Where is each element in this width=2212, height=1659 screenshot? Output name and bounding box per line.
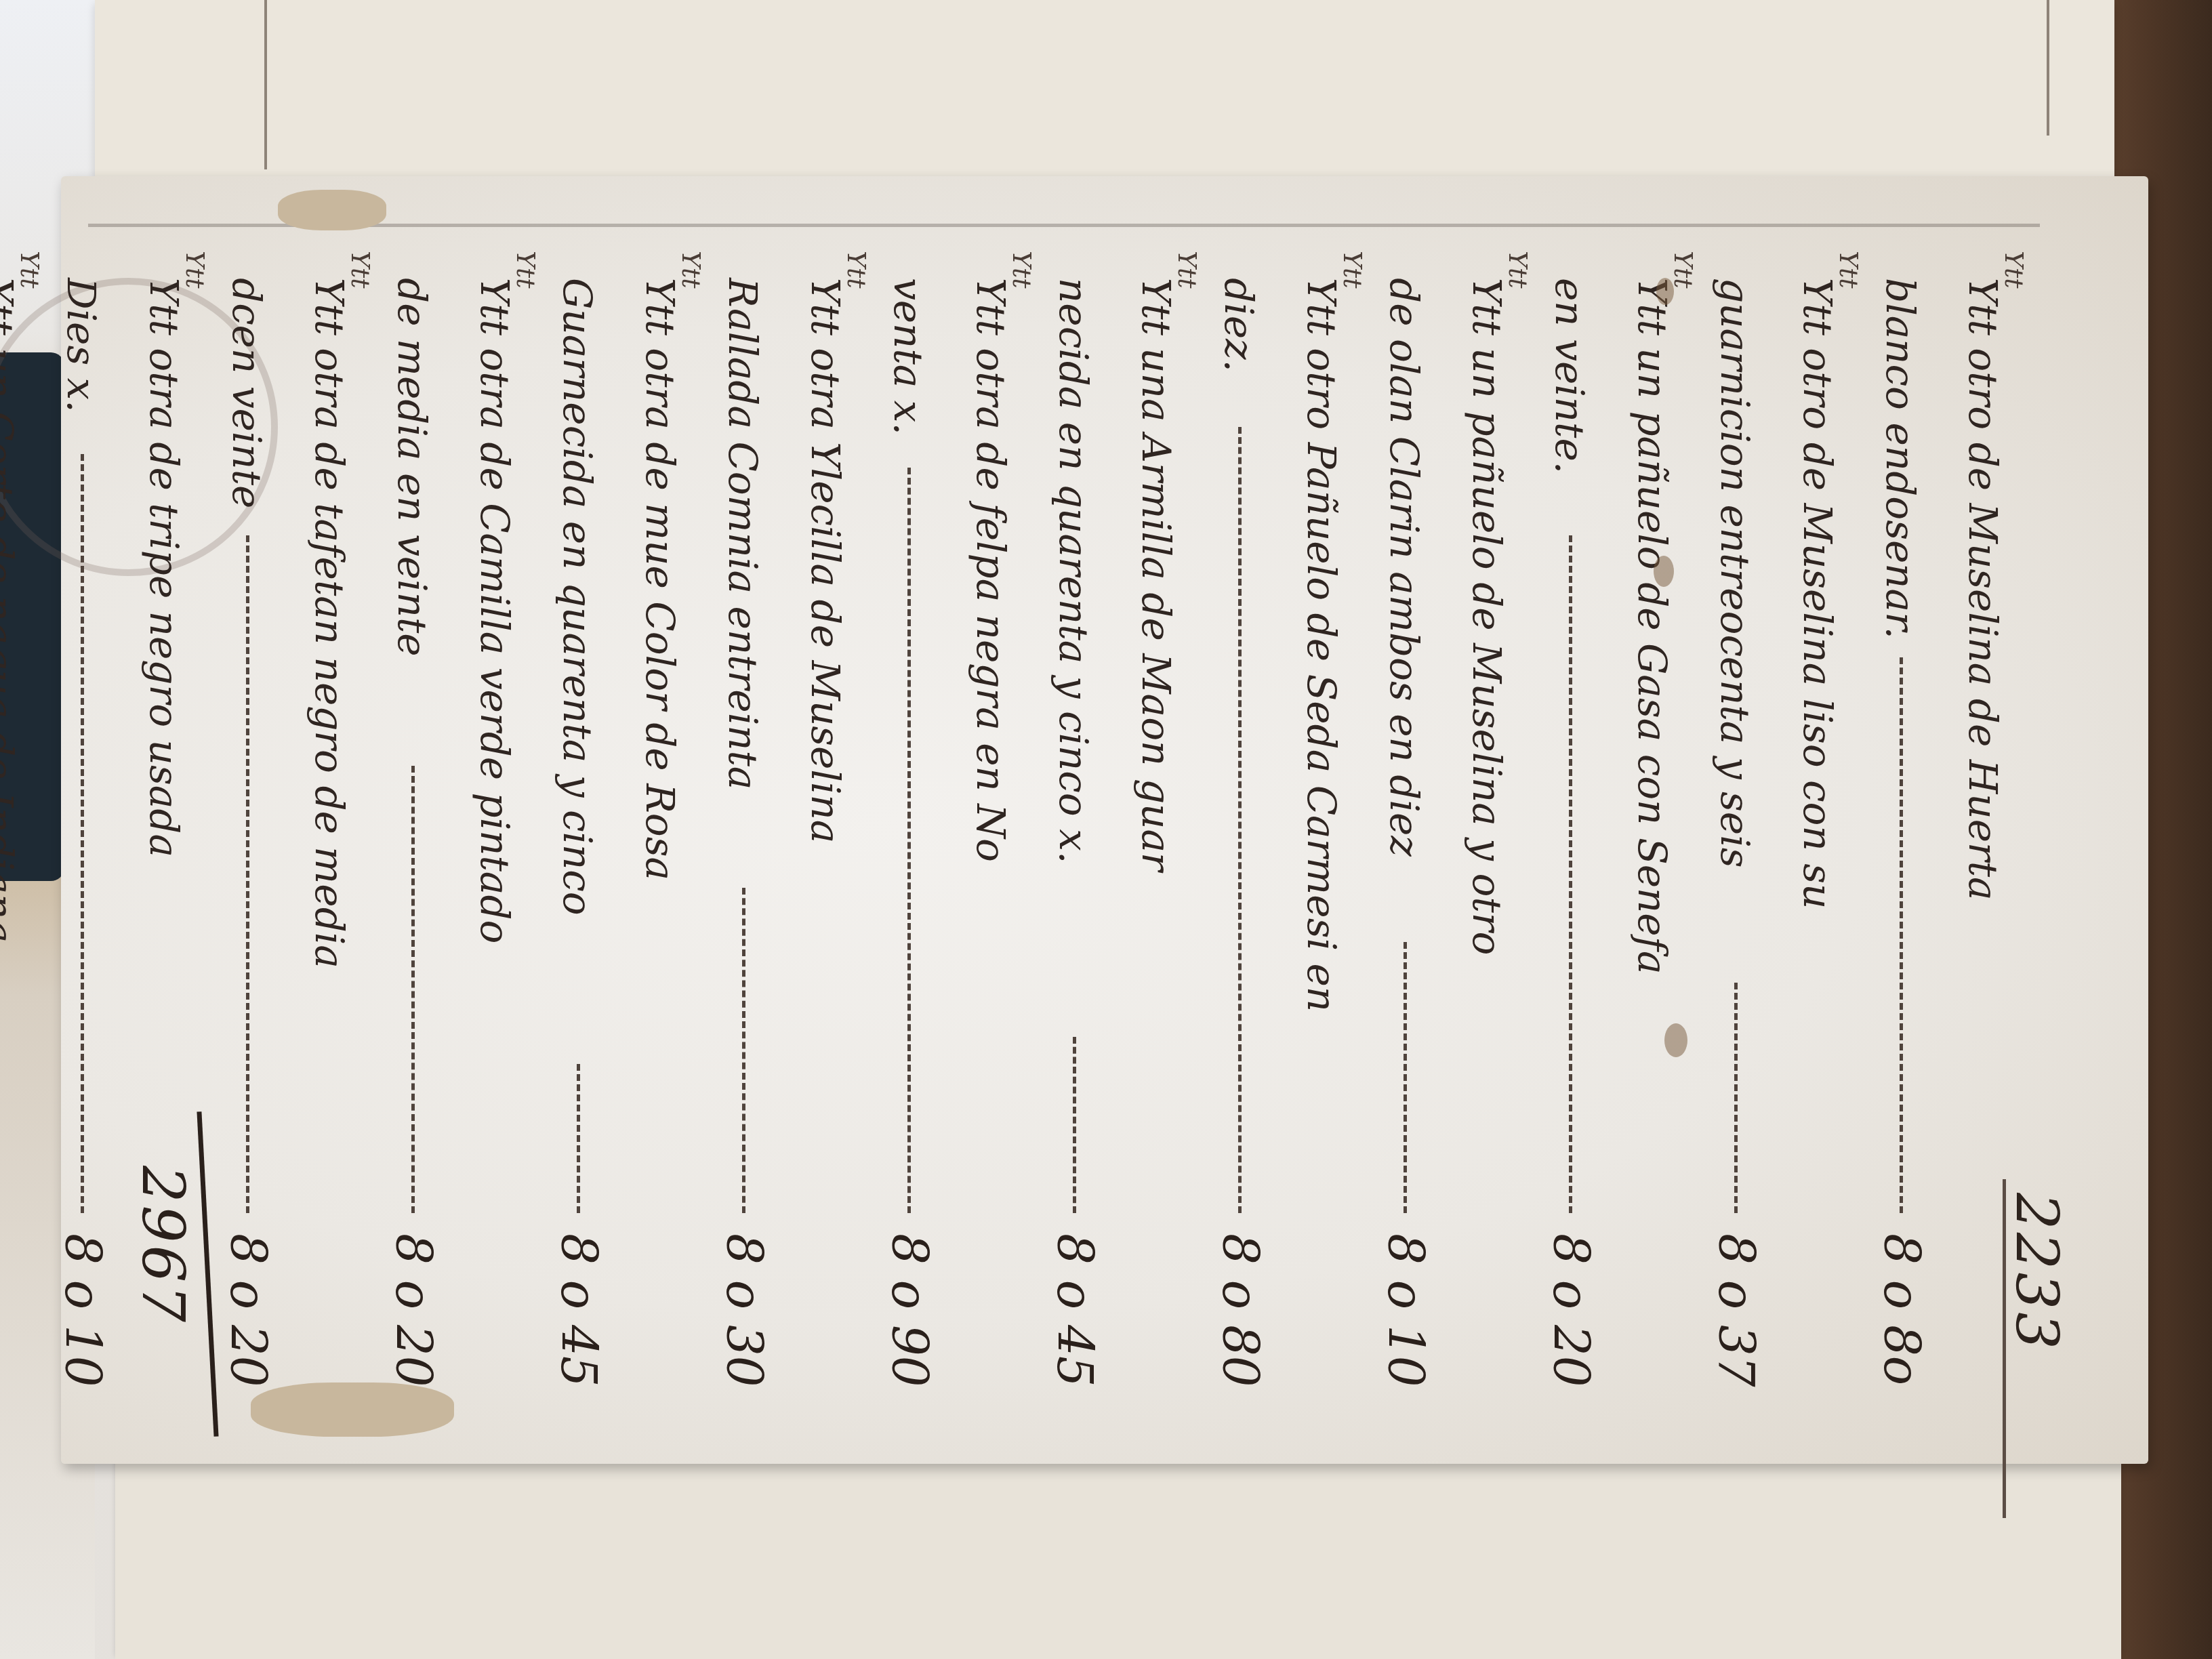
ledger-line: venta x.8 o 90 [855, 251, 938, 1457]
ledger-line: Rallada Comnia entreinta8 o 30 [690, 251, 773, 1457]
leader-dots [1897, 657, 1903, 1213]
entry-text: guarnicion entreocenta y seis [1712, 278, 1758, 867]
ledger-line: Guarnecida en quarenta y cinco8 o 45 [525, 251, 607, 1457]
ledger-line: en veinte.8 o 20 [1517, 251, 1599, 1457]
paper-tear [251, 1382, 454, 1437]
entry-text: venta x. [885, 278, 931, 435]
entry-text: Ytt un pañuelo de Gasa con Senefa [1629, 278, 1675, 975]
margin-rule [88, 224, 2040, 227]
entry-text: dcen veinte [224, 278, 270, 508]
leader-dots [409, 766, 415, 1213]
entry-text: Ytt otra de mue Color de Rosa [637, 278, 683, 880]
entry-text: Ytt otro Pañuelo de Seda Carmesi en [1298, 278, 1345, 1012]
leader-dots [1235, 427, 1242, 1213]
entry-amount: 8 o 10 [54, 1233, 111, 1387]
entry-amount: 8 o 10 [1377, 1233, 1434, 1387]
entry-text: diez. [1216, 278, 1262, 372]
entry-text: Ytt otra de felpa negra en No [968, 278, 1014, 862]
entry-text: Ytt otra de tripe negro usada [141, 278, 187, 857]
entry-amount: 8 o 80 [1212, 1233, 1269, 1387]
underlying-page-bottom [115, 1450, 2121, 1659]
leader-dots [739, 888, 745, 1213]
ledger-line: blanco endosenar.8 o 8o [1847, 251, 1930, 1457]
ledger-line: YttYtt otra de mue Color de Rosa [607, 251, 690, 1457]
entry-amount: 8 o 45 [550, 1233, 607, 1387]
leader-dots [243, 535, 249, 1213]
entry-text: Ytt un pañuelo de Muselina y otro [1464, 278, 1510, 955]
ink-stain [1664, 1023, 1687, 1057]
ledger-line: necida en quarenta y cinco x.8 o 45 [1021, 251, 1103, 1457]
entry-amount: 8 o 8o [1873, 1233, 1930, 1385]
entry-amount: 8 o 20 [1542, 1233, 1599, 1387]
ledger-line: YttYtt un pañuelo de Gasa con Senefa [1599, 251, 1682, 1457]
entry-text: Ytt otro de Muselina de Huerta [1960, 278, 2006, 901]
entry-text: Ytt otro de Muselina liso con su [1795, 278, 1841, 909]
entry-text: Rallada Comnia entreinta [720, 278, 766, 790]
ledger-entries: YttYtt otro de Muselina de Huerta blanco… [0, 251, 2013, 1457]
leader-dots [905, 468, 911, 1213]
leader-dots [78, 454, 84, 1213]
ledger-line: guarnicion entreocenta y seis8 o 37 [1682, 251, 1765, 1457]
carried-forward-total: 2233 [2003, 1193, 2070, 1352]
ledger-line: YttYtt otra Ylecilla de Muselina [773, 251, 855, 1457]
ledger-line: diez.8 o 80 [1186, 251, 1269, 1457]
leader-dots [1070, 1037, 1076, 1213]
ledger-page-content: 2233 YttYtt otro de Muselina de Huerta b… [61, 176, 2148, 1464]
ink-stain [1656, 278, 1674, 305]
entry-text: necida en quarenta y cinco x. [1050, 278, 1097, 863]
entry-amount: 8 o 20 [385, 1233, 442, 1387]
entry-text: Ytt otra de Camilla verde pintado [472, 278, 518, 944]
entry-text: Dies x. [58, 278, 104, 413]
ledger-line: YttYtt otra de felpa negra en No [938, 251, 1021, 1457]
entry-amount: 8 o 37 [1708, 1233, 1765, 1387]
leader-dots [1566, 535, 1572, 1213]
ledger-line: de olan Clarin ambos en diez8 o 10 [1351, 251, 1434, 1457]
leader-dots [1401, 942, 1407, 1213]
ledger-line: YttYtt otro Pañuelo de Seda Carmesi en [1269, 251, 1351, 1457]
entry-text: de media en veinte [389, 278, 435, 657]
entry-amount: 8 o 45 [1046, 1233, 1103, 1387]
ledger-line: Dies x.8 o 10 [28, 251, 111, 1457]
entry-text: Guarnecida en quarenta y cinco [554, 278, 600, 916]
ledger-line: YttYtt una Armilla de Maon guar [1103, 251, 1186, 1457]
entry-text: Ytt otra Ylecilla de Muselina [802, 278, 848, 843]
entry-amount: 8 o 30 [716, 1233, 773, 1387]
underlying-page-top [95, 0, 2114, 176]
entry-text: Ytt un Corte de nagua de Indiana [0, 278, 22, 943]
paper-tear [278, 190, 386, 230]
underlying-page-margin-line [264, 0, 267, 169]
ledger-line: YttYtt otra de tafetan negro de media [276, 251, 359, 1457]
entry-text: en veinte. [1547, 278, 1593, 474]
entry-text: Ytt una Armilla de Maon guar [1133, 278, 1179, 872]
ledger-line: YttYtt un pañuelo de Muselina y otro [1434, 251, 1517, 1457]
ledger-line: YttYtt un Corte de nagua de Indiana [0, 251, 28, 1457]
leader-dots [1732, 983, 1738, 1213]
entry-amount: 8 o 90 [881, 1233, 938, 1387]
ledger-line: YttYtt otro de Muselina liso con su [1765, 251, 1847, 1457]
underlying-page-margin-line [2047, 0, 2049, 136]
page-total: 2967 [129, 1166, 197, 1325]
ledger-line: de media en veinte8 o 20 [359, 251, 442, 1457]
carried-forward-header: 2233 [2026, 258, 2108, 1410]
entry-amount: 8 o 20 [220, 1233, 276, 1387]
leader-dots [574, 1064, 580, 1213]
ledger-page: 2233 YttYtt otro de Muselina de Huerta b… [61, 176, 2148, 1464]
entry-text: Ytt otra de tafetan negro de media [306, 278, 352, 968]
ledger-line: YttYtt otro de Muselina de Huerta [1930, 251, 2013, 1457]
ink-stain [1654, 556, 1674, 587]
entry-text: de olan Clarin ambos en diez [1381, 278, 1427, 857]
entry-text: blanco endosenar. [1877, 278, 1923, 639]
ledger-line: YttYtt otra de Camilla verde pintado [442, 251, 525, 1457]
